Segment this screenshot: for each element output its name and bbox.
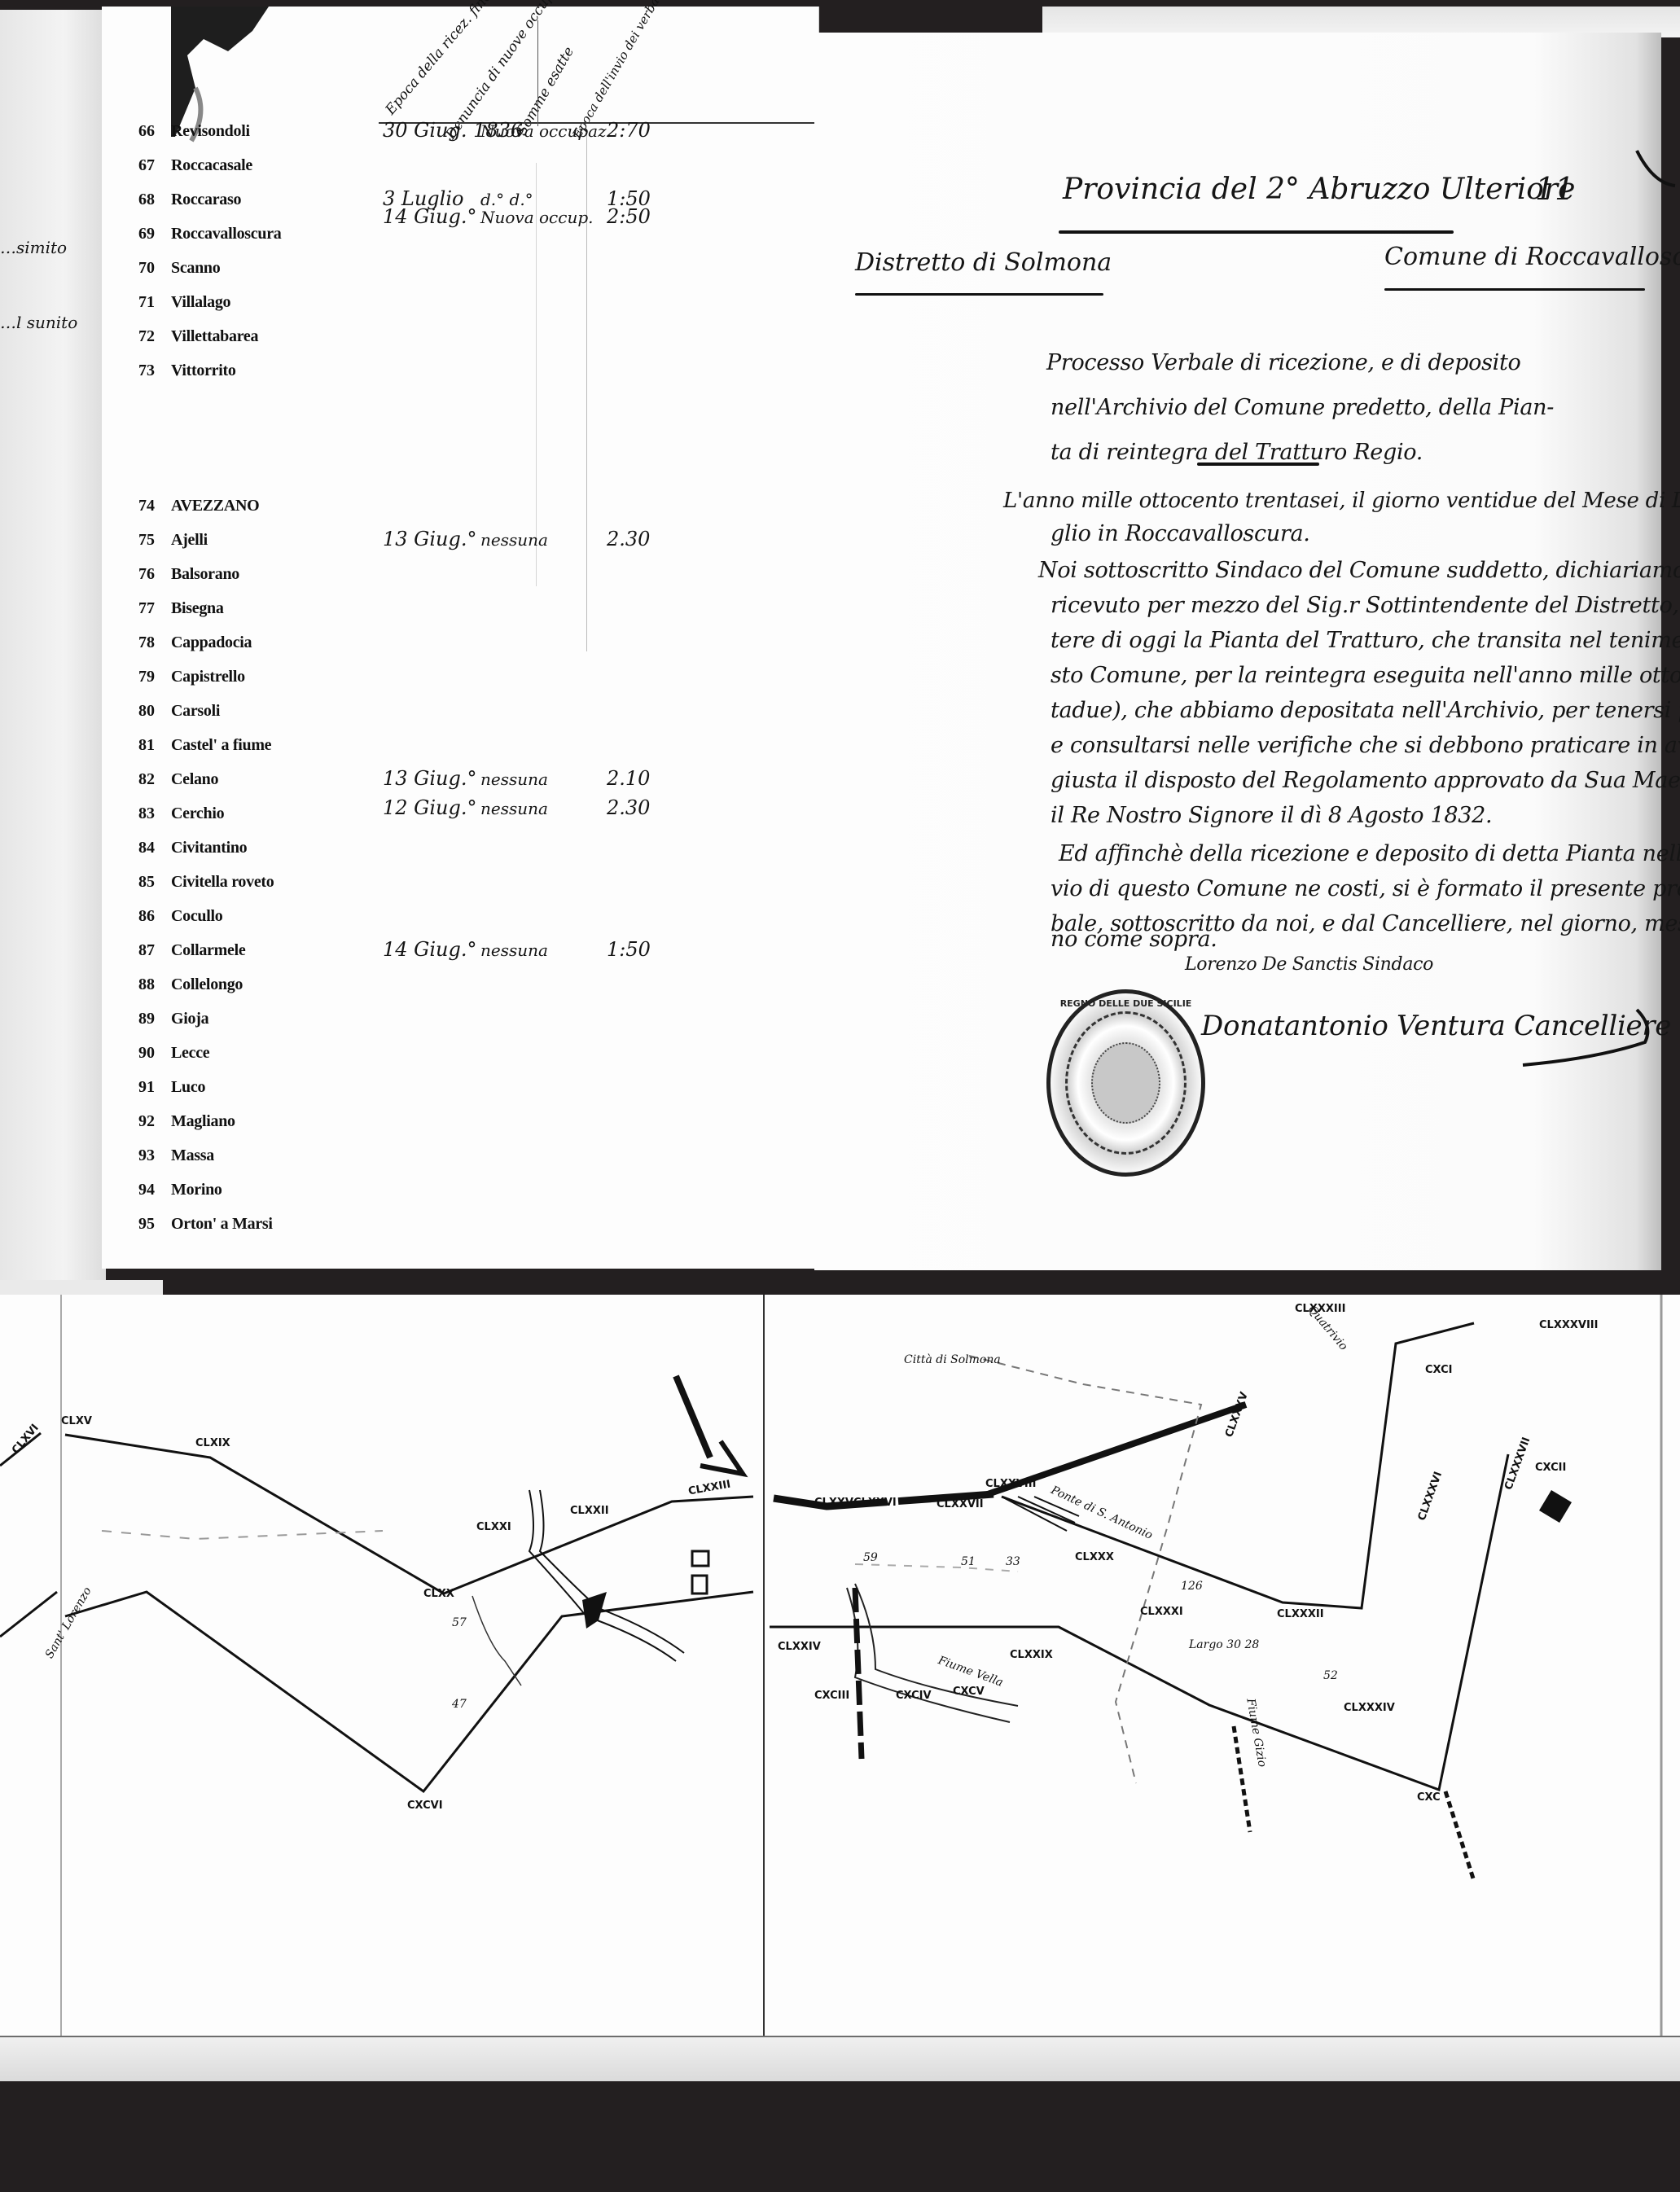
map-annotation: 57 <box>452 1616 467 1629</box>
station-label: CLXXVII <box>937 1498 984 1510</box>
map-annotation: 59 <box>863 1551 878 1564</box>
station-label: CLXXV <box>814 1497 853 1509</box>
map-annotation: 51 <box>961 1555 976 1568</box>
scanner-bed-edge <box>0 2036 1680 2084</box>
map-lines <box>0 0 1680 2192</box>
station-label: CLXV <box>61 1415 92 1427</box>
station-label: CXCII <box>1535 1462 1566 1474</box>
station-label: CLXXI <box>476 1521 511 1533</box>
station-label: CLXXXVIII <box>1539 1319 1598 1331</box>
station-label: CXC <box>1417 1791 1441 1804</box>
station-label: CLXXXI <box>1140 1606 1183 1618</box>
station-label: CLXXII <box>570 1505 609 1517</box>
map-annotation: 126 <box>1181 1580 1203 1593</box>
map-annotation: 47 <box>452 1698 467 1711</box>
station-label: CLXXX <box>1075 1551 1114 1563</box>
scan-border <box>0 2081 1680 2192</box>
station-label: CLXXXII <box>1277 1608 1324 1620</box>
map-annotation: 52 <box>1323 1669 1338 1682</box>
map-annotation: Largo 30 28 <box>1189 1638 1259 1651</box>
station-label: CLXXXIV <box>1344 1702 1395 1714</box>
station-label: CLXXVI <box>853 1497 897 1509</box>
station-label: CLXXIV <box>778 1641 821 1653</box>
station-label: CXCVI <box>407 1800 443 1812</box>
station-label: CLXX <box>423 1588 454 1600</box>
station-label: CXCV <box>953 1686 985 1698</box>
station-label: CLXIX <box>195 1437 230 1449</box>
station-label: CXCI <box>1425 1364 1452 1376</box>
station-label: CXCIII <box>814 1690 849 1702</box>
station-label: CXCIV <box>896 1690 932 1702</box>
map-annotation: 33 <box>1006 1555 1020 1568</box>
station-label: CLXXXIII <box>1295 1303 1345 1315</box>
map-title-label: Città di Solmona <box>904 1353 1001 1366</box>
station-label: CLXXVIII <box>985 1478 1036 1490</box>
station-label: CLXXIX <box>1010 1649 1053 1661</box>
